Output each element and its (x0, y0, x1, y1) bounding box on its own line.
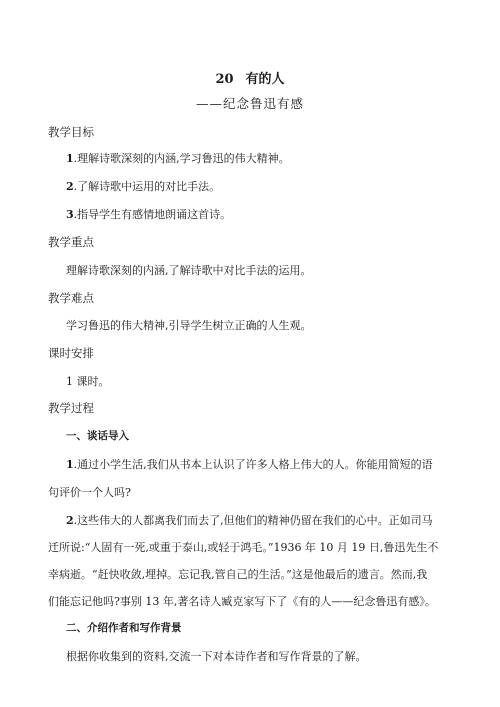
lesson-title: 有的人 (246, 72, 285, 87)
paragraph-line: 迁所说:“人固有一死,或重于泰山,或轻于鸿毛。”1936 年 10 月 19 日… (48, 539, 438, 555)
paragraph-line: 句评价一个人吗? (48, 484, 131, 500)
heading-process: 教学过程 (48, 400, 94, 416)
paragraph-line: 根据你收集到的资料,交流一下对本诗作者和写作背景的了解。 (66, 648, 367, 664)
difficulties-text: 学习鲁迅的伟大精神,引导学生树立正确的人生观。 (66, 317, 312, 333)
key-points-text: 理解诗歌深刻的内涵,了解诗歌中对比手法的运用。 (66, 262, 312, 278)
heading-schedule: 课时安排 (48, 345, 94, 361)
page-title: 20有的人 (0, 68, 500, 87)
paragraph-line: 们能忘记他吗?事别 13 年,著名诗人臧克家写下了《有的人——纪念鲁迅有感》。 (48, 593, 436, 609)
page-subtitle: ——纪念鲁迅有感 (0, 94, 500, 112)
subsection-title: 一、谈话导入 (66, 428, 129, 443)
paragraph-line: 幸病逝。“赶快收敛,埋掉。忘记我,管自己的生活。”这是他最后的遗言。然而,我 (48, 566, 427, 582)
schedule-text: 1 课时。 (66, 373, 110, 389)
lesson-number: 20 (215, 72, 233, 87)
goal-item: 2.了解诗歌中运用的对比手法。 (66, 178, 220, 194)
paragraph-line: 1.通过小学生活,我们从书本上认识了许多人格上伟大的人。你能用简短的语 (66, 456, 433, 472)
paragraph-line: 2.这些伟大的人都离我们而去了,但他们的精神仍留在我们的心中。正如司马 (66, 512, 433, 528)
heading-teaching-goals: 教学目标 (48, 124, 94, 140)
goal-item: 3.指导学生有感情地朗诵这首诗。 (66, 206, 231, 222)
subsection-title: 二、介绍作者和写作背景 (66, 620, 182, 635)
heading-difficulties: 教学难点 (48, 290, 94, 306)
goal-item: 1.理解诗歌深刻的内涵,学习鲁迅的伟大精神。 (66, 150, 290, 166)
heading-key-points: 教学重点 (48, 234, 94, 250)
